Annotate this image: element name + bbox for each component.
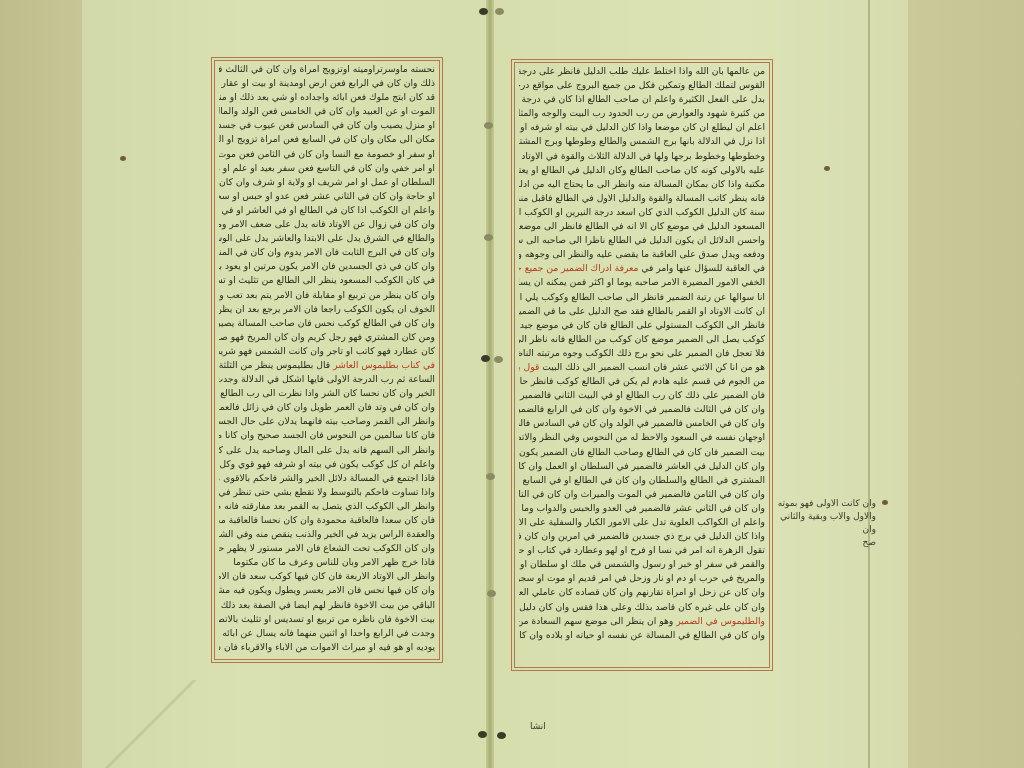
text-line: وان كان ينظر من تربيع او مقابلة فان الام… bbox=[219, 289, 435, 303]
text-line: الموت او عن العبيد وان كان في الخامس فعن… bbox=[219, 105, 435, 119]
text-line: وان كان في البرج الثابت فان الامر يدوم و… bbox=[219, 246, 435, 260]
text-line: وان كان الدليل في العاشر فالضمير في السل… bbox=[519, 460, 765, 474]
text-line: واذا تساوت فاحكم بالتوسط ولا تقطع بشي حت… bbox=[219, 486, 435, 500]
text-line: بدل على الفعل الكثيرة واعلم ان صاحب الطا… bbox=[519, 93, 765, 107]
stitch-hole bbox=[494, 356, 503, 363]
text-line: الخوف ان يكون الكوكب راجعا فان الامر يرج… bbox=[219, 303, 435, 317]
text-line: قد كان ابتج ملوك فعن ابائه واجداده او شي… bbox=[219, 91, 435, 105]
stitch-hole bbox=[484, 122, 493, 129]
marginal-note: وان كانت الاولى فهو بموته والاول والاب و… bbox=[776, 498, 876, 550]
text-line: وان كان في الثامن فالضمير في الموت والمي… bbox=[519, 488, 765, 502]
text-line: اذا نزل في الدلالة بانها برج الشمس والطا… bbox=[519, 135, 765, 149]
stitch-hole bbox=[478, 731, 487, 738]
text-line: مكان الى مكان وان كان في السابع فعن امرا… bbox=[219, 133, 435, 147]
text-line: فاذا اجتمع في المسالة دلائل الخير والشر … bbox=[219, 472, 435, 486]
text-line: فلا تعجل فان الضمير على نحو برج ذلك الكو… bbox=[519, 347, 765, 361]
stitch-hole bbox=[487, 590, 496, 597]
text-line: في كان الكوكب المسعود ينظر الى الطالع من… bbox=[219, 274, 435, 288]
margin-note-line: صح bbox=[776, 537, 876, 550]
text-line: وان كان في الطالع كوكب نحس فان صاحب المس… bbox=[219, 317, 435, 331]
text-line: وان كان فيها نحس فان الامر يعسر ويطول وي… bbox=[219, 584, 435, 598]
text-line: وخطوطها وخطوط برجها ولها في الدلالة الثل… bbox=[519, 150, 765, 164]
rubric-heading: قول بطليموس واسطخس bbox=[519, 362, 539, 373]
text-line: فانه ينظر كاتب المسالة والقوة والدليل ال… bbox=[519, 192, 765, 206]
text-line: نحسته ماوسرتراوميته اوتزويج امراة وان كا… bbox=[219, 63, 435, 77]
wormhole bbox=[882, 500, 888, 505]
left-text-block: نحسته ماوسرتراوميته اوتزويج امراة وان كا… bbox=[214, 60, 440, 660]
text-line: اعلم ان ليطلع ان كان موضعا واذا كان الدل… bbox=[519, 121, 765, 135]
text-line: ان كانت الاوتاد او القمر بالطالع فقد صح … bbox=[519, 305, 765, 319]
text-line: وانظر الى الاوتاد الاربعة فان كان فيها ك… bbox=[219, 570, 435, 584]
text-line: انا سوالها عن رتبة الضمير فانظر الى صاحب… bbox=[519, 291, 765, 305]
stitch-hole bbox=[495, 8, 504, 15]
text-line: من الجوم في قسم عليه هادم لم يكن في الطا… bbox=[519, 375, 765, 389]
text-line: من كثيرة شهود والعوارض من رب الحدود رب ا… bbox=[519, 107, 765, 121]
text-line: بيت الضمير فان كان في الطالع وصاحب الطال… bbox=[519, 446, 765, 460]
text-line: عليه بالاولى كونه كان صاحب الطالع وكان ا… bbox=[519, 164, 765, 178]
text-line: ودفعه ويدل صدق على العاقبة ما يقضى عليه … bbox=[519, 248, 765, 262]
text-line: وجدت في الرابع واحدا او اثنين منهما فانه… bbox=[219, 627, 435, 641]
text-line: وان كان عن زحل او امراة تقارنهم وان كان … bbox=[519, 586, 765, 600]
text-line: من عالمها بان الله واذا اختلط عليك طلب ا… bbox=[519, 65, 765, 79]
background-right bbox=[908, 0, 1024, 768]
rubric-heading: معرفة ادراك الضمير من جميع جهات bbox=[519, 263, 638, 274]
text-line: وان كان في الخامس فالضمير في الولد وان ك… bbox=[519, 417, 765, 431]
text-line: سنة كان الدليل الكوكب الذي كان اسعد درجة… bbox=[519, 206, 765, 220]
text-line: واذا كان الدليل في برج ذي جسدين فالضمير … bbox=[519, 530, 765, 544]
rubric-heading: في كتاب بطليموس العاشر bbox=[333, 360, 435, 371]
wormhole bbox=[824, 166, 830, 171]
stitch-hole bbox=[484, 234, 493, 241]
text-line: كان عطارد فهو كاتب او تاجر وان كانت الشم… bbox=[219, 345, 435, 359]
text-line: والطالع في الشرق يدل على الابتدا والعاشر… bbox=[219, 232, 435, 246]
text-line: وان كان في الطالع في المسالة عن نفسه او … bbox=[519, 629, 765, 643]
right-text-block: من عالمها بان الله واذا اختلط عليك طلب ا… bbox=[514, 62, 770, 668]
text-line: وان كان على غيره كان قاصد بذلك وعلى هذا … bbox=[519, 601, 765, 615]
text-line: وان كان في ذي الجسدين فان الامر يكون مرت… bbox=[219, 260, 435, 274]
text-line: ذلك وان كان في الرابع فعن ارض اومدينة او… bbox=[219, 77, 435, 91]
text-line: فان الضمير على ذلك كان رب الطالع او في ا… bbox=[519, 389, 765, 403]
stitch-hole bbox=[479, 8, 488, 15]
text-line: واعلم ان كل كوكب يكون في بيته او شرفه فه… bbox=[219, 458, 435, 472]
text-line: الخير وان كان نحسا كان الشر واذا نظرت ال… bbox=[219, 387, 435, 401]
margin-note-line: والاول والاب وبقية والثاني وان bbox=[776, 511, 876, 537]
text-line: والعقدة الراس يزيد في الخير والذنب ينقص … bbox=[219, 528, 435, 542]
text-line: ومن كان المشتري فهو رجل كريم وان كان الم… bbox=[219, 331, 435, 345]
text-line: الساعة ثم رب الدرجة الاولى فايها اشكل في… bbox=[219, 373, 435, 387]
text-line: او حاجة وان كان في الثاني عشر فعن عدو او… bbox=[219, 190, 435, 204]
text-line: الخفي الامور المضيرة الامر صاحبه يوما او… bbox=[519, 276, 765, 290]
text-line: والقمر في سفر او خبر او رسول والشمس في م… bbox=[519, 558, 765, 572]
text-line: او امر خفي وان كان في التاسع فعن سفر بعي… bbox=[219, 162, 435, 176]
text-line: فان كان سعدا فالعاقبة محمودة وان كان نحس… bbox=[219, 514, 435, 528]
text-line: بيت الاخوة فان ناظره من تربيع او تسديس ا… bbox=[219, 613, 435, 627]
wormhole bbox=[120, 156, 126, 161]
text-line: وانظر الى السهم فانه يدل على المال وصاحب… bbox=[219, 444, 435, 458]
text-line: وان كان في وتد فان العمر طويل وان كان في… bbox=[219, 401, 435, 415]
text-line: وانظر الى الكوكب الذي يتصل به القمر بعد … bbox=[219, 500, 435, 514]
stitch-hole bbox=[486, 473, 495, 480]
rubric-heading: والطليموس في الضمير bbox=[676, 616, 765, 627]
text-line: واعلم ان الكواكب العلوية تدل على الامور … bbox=[519, 516, 765, 530]
text-line: السلطان او عمل او امر شريف او ولاية او ش… bbox=[219, 176, 435, 190]
text-line: وانظر الى القمر وصاحب بيته فانهما يدلان … bbox=[219, 415, 435, 429]
text-line: الباقي من بيت الاخوة فانظر لهم ايضا في ا… bbox=[219, 599, 435, 613]
text-line: وان كان الكوكب تحت الشعاع فان الامر مستو… bbox=[219, 542, 435, 556]
text-line: فانظر الى الكوكب المستولي على الطالع فان… bbox=[519, 319, 765, 333]
stitch-hole bbox=[497, 732, 506, 739]
text-line: تقول الزهرة انه امر في نسا او فرح او لهو… bbox=[519, 544, 765, 558]
text-line: مكتبة واذا كان بمكان المسالة منه وانظر ا… bbox=[519, 178, 765, 192]
text-line: وان كان في الثاني عشر فالضمير في العدو و… bbox=[519, 502, 765, 516]
text-line: المسعود الدليل في موضع كان الا انه في ال… bbox=[519, 220, 765, 234]
stitch-hole bbox=[481, 355, 490, 362]
text-line: اوجهان نفسه في السعود والاحظ له من النحو… bbox=[519, 431, 765, 445]
folio-mark: انشا bbox=[530, 722, 546, 732]
text-line: والطليموس في الضمير وهو ان ينظر الى موضع… bbox=[519, 615, 765, 629]
text-line: وان كان في زوال عن الاوتاد فانه يدل على … bbox=[219, 218, 435, 232]
text-line: يوديه او هو فيه او ميراث الاموات من الاب… bbox=[219, 641, 435, 655]
folded-corner bbox=[90, 680, 210, 768]
text-line: واعلم ان الكوكب اذا كان في الطالع او في … bbox=[219, 204, 435, 218]
text-line: او سفر او خصومة مع النسا وان كان في الثا… bbox=[219, 148, 435, 162]
text-line: في العاقبة للسؤال عنها وامر في معرفة ادر… bbox=[519, 262, 765, 276]
text-line: او منزل يصيب وان كان في السادس فعن عيوب … bbox=[219, 119, 435, 133]
text-line: فاذا خرج ظهر الامر وبان للناس وعرف ما كا… bbox=[219, 556, 435, 570]
text-line: وان كان في الثالث فالضمير في الاخوة وان … bbox=[519, 403, 765, 417]
text-line: والمريخ في حرب او دم او نار وزحل في امر … bbox=[519, 572, 765, 586]
margin-note-line: وان كانت الاولى فهو بموته bbox=[776, 498, 876, 511]
text-line: فان كانا سالمين من النحوس فان الجسد صحيح… bbox=[219, 429, 435, 443]
background-left bbox=[0, 0, 82, 768]
text-line: في كتاب بطليموس العاشر قال بطليموس ينظر … bbox=[219, 359, 435, 373]
text-line: واحسن الدلائل ان يكون الدليل في الطالع ن… bbox=[519, 234, 765, 248]
book-spine bbox=[486, 0, 494, 768]
text-line: القوس لتملك الطالع وتمكين فكل من جميع ال… bbox=[519, 79, 765, 93]
text-line: كوكب يصل الى الضمير موضع كان كوكب من الط… bbox=[519, 333, 765, 347]
text-line: هو من انا كن الاثني عشر فان انسب الضمير … bbox=[519, 361, 765, 375]
text-line: المشتري في الطالع والسلطان وان كان في ال… bbox=[519, 474, 765, 488]
